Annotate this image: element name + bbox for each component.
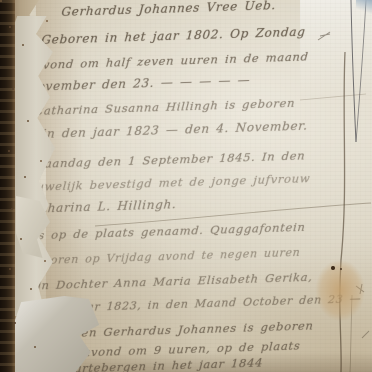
corner-highlight [356,0,372,14]
manuscript-photo: Gerhardus Johannes Vree Ueb. Geboren in … [0,0,372,372]
handwritten-line: den Gerhardus Johannes is geboren [73,318,314,340]
ink-blot-dots [331,266,335,270]
tan-stain [314,258,372,330]
foxing-speckles [0,0,2,2]
light-paper-area [300,0,372,120]
book-spine-edge [0,0,15,372]
